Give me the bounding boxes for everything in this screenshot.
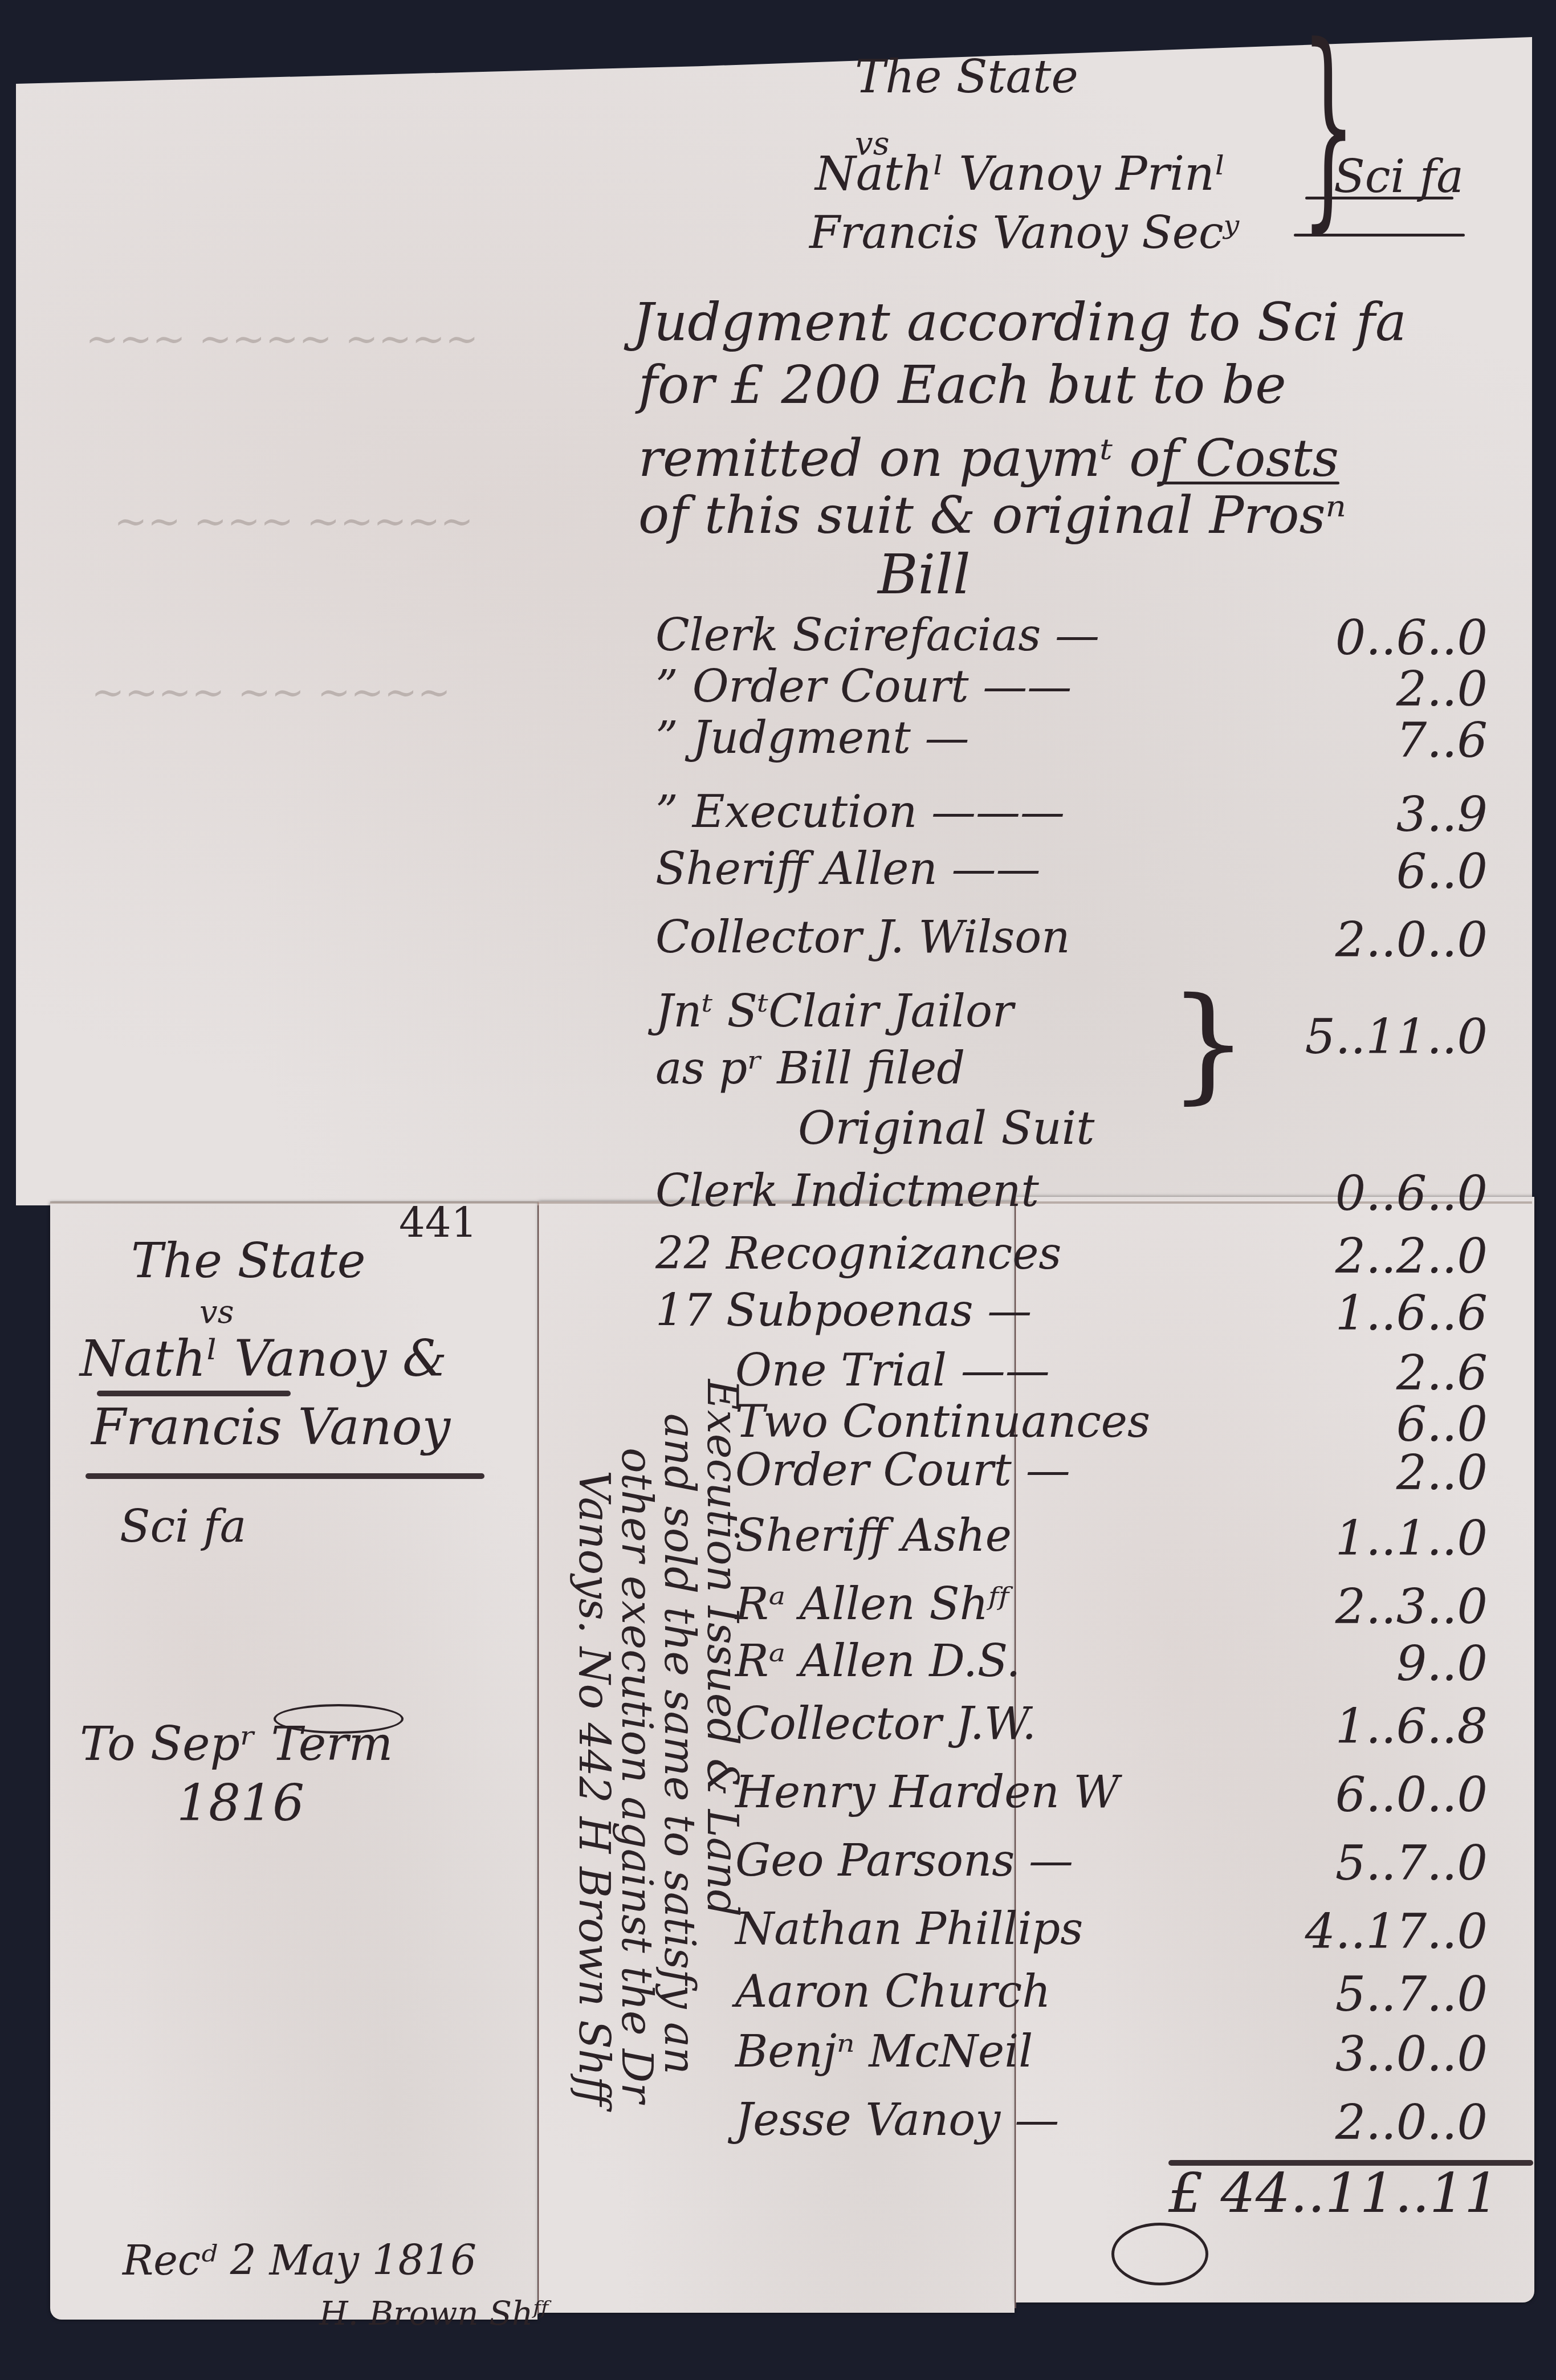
- bill-row: Benjⁿ McNeil 3..0..0: [655, 2026, 1510, 2089]
- bill-row: Collector J. Wilson 2..0..0: [655, 912, 1510, 975]
- bill-item-desc: Geo Parsons —: [735, 1835, 1073, 1886]
- bill-item-amount: 4..17..0: [1305, 1904, 1488, 1959]
- docket-term-line-2: 1816: [177, 1778, 304, 1828]
- bill-item-desc: Henry Harden W: [735, 1767, 1119, 1818]
- judgment-line-4: of this suit & original Prosⁿ: [638, 490, 1346, 541]
- bill-item-desc: Rᵃ Allen D.S.: [735, 1636, 1020, 1687]
- bill-item-amount: 2..0..0: [1335, 2094, 1488, 2150]
- bill-heading: Bill: [878, 547, 971, 602]
- bill-item-desc: Clerk Indictment: [655, 1165, 1039, 1217]
- bill-row: Sheriff Allen —— 6..0: [655, 843, 1510, 906]
- caption-plaintiff: The State: [855, 54, 1078, 100]
- bill-item-amount: 9..0: [1396, 1636, 1488, 1692]
- bill-item-desc: Collector J. Wilson: [655, 912, 1070, 963]
- writ-underline: [1305, 197, 1453, 199]
- bill-item-amount: 6..0: [1396, 843, 1488, 899]
- bill-item-amount: 7..6: [1396, 712, 1488, 768]
- bill-row: Nathan Phillips 4..17..0: [655, 1904, 1510, 1966]
- bill-row: Order Court — 2..0: [655, 1445, 1510, 1507]
- bill-item-amount: 2..3..0: [1335, 1579, 1488, 1635]
- docket-received: Recᵈ 2 May 1816: [123, 2240, 476, 2281]
- bill-item-amount: 2..0: [1396, 661, 1488, 717]
- bill-row: Collector J.W. 1..6..8: [655, 1698, 1510, 1761]
- docket-plaintiff: The State: [131, 1237, 365, 1285]
- bill-row: 22 Recognizances 2..2..0: [655, 1228, 1510, 1291]
- bill-item-desc: ” Order Court ——: [655, 661, 1072, 712]
- bill-row: ” Execution ——— 3..9: [655, 786, 1510, 849]
- bill-item-amount: 6..0: [1396, 1396, 1488, 1452]
- bill-item-desc: 22 Recognizances: [655, 1228, 1061, 1279]
- caption-writ: Sci fa: [1334, 154, 1464, 199]
- bill-item-desc: Jnᵗ SᵗClair Jailor: [655, 986, 1013, 1037]
- writ-underline-lower: [1294, 234, 1465, 237]
- vertical-note-line-4: Vanoys. No 442 H Brown Shff: [569, 1470, 618, 2106]
- bill-row: Rᵃ Allen Shᶠᶠ 2..3..0: [655, 1579, 1510, 1641]
- judgment-line-3: remitted on paymᵗ of Costs: [638, 433, 1339, 484]
- docket-defendant-2: Francis Vanoy: [91, 1402, 450, 1452]
- judgment-line-1: Judgment according to Sci fa: [633, 296, 1407, 349]
- bill-item-amount: 5..7..0: [1335, 1835, 1488, 1891]
- bill-item-amount: 1..1..0: [1335, 1510, 1488, 1566]
- bill-item-desc: Sheriff Ashe: [735, 1510, 1012, 1562]
- bill-item-desc: 17 Subpoenas —: [655, 1285, 1032, 1336]
- prosecution-underline: [1157, 482, 1339, 484]
- bill-item-amount: 0..6..0: [1335, 610, 1488, 666]
- caption-defendant-principal: Nathˡ Vanoy Prinˡ: [815, 151, 1226, 198]
- bleed-through-text: ~~~ ~~~~ ~~~~: [85, 319, 479, 359]
- docket-versus: vs: [199, 1297, 234, 1328]
- vertical-note-line-1: Execution Issued & Land: [698, 1379, 747, 1917]
- bill-item-amount: 3..9: [1396, 786, 1488, 842]
- bill-item-amount: 5..7..0: [1335, 1966, 1488, 2022]
- bill-row: Clerk Indictment 0..6..0: [655, 1165, 1510, 1228]
- docket-signature: H. Brown Shᶠᶠ: [319, 2297, 548, 2330]
- bill-row: 17 Subpoenas — 1..6..6: [655, 1285, 1510, 1348]
- docket-writ: Sci fa: [120, 1505, 246, 1549]
- defendant-underline: [97, 1391, 291, 1396]
- bill-item-desc: Order Court —: [735, 1445, 1070, 1496]
- vertical-note-line-3: other execution against the Dr: [612, 1448, 661, 2103]
- bill-item-desc: Clerk Scirefacias —: [655, 610, 1099, 661]
- bleed-through-text: ~~ ~~~ ~~~~~: [114, 502, 474, 541]
- vertical-fold-left: [537, 1203, 539, 2314]
- jailor-brace: }: [1168, 980, 1248, 1106]
- bill-item-amount: 1..6..8: [1335, 1698, 1488, 1754]
- bill-item-desc: Aaron Church: [735, 1966, 1050, 2018]
- bill-item-amount: 6..0..0: [1335, 1767, 1488, 1823]
- bill-row: Sheriff Ashe 1..1..0: [655, 1510, 1510, 1573]
- bill-item-amount: 3..0..0: [1335, 2026, 1488, 2082]
- defendant-2-underline: [85, 1473, 484, 1479]
- bill-row: Jnᵗ SᵗClair Jailor 5..11..0: [655, 986, 1510, 1049]
- bleed-through-text: ~~~~ ~~ ~~~~: [91, 673, 451, 712]
- bill-item-amount: 2..2..0: [1335, 1228, 1488, 1284]
- docket-defendant-1: Nathˡ Vanoy &: [80, 1334, 447, 1384]
- bill-item-desc: Two Continuances: [735, 1396, 1150, 1448]
- bill-row: ” Judgment — 7..6: [655, 712, 1510, 775]
- bill-item-desc: ” Execution ———: [655, 786, 1065, 838]
- caption-defendant-security: Francis Vanoy Secʸ: [809, 211, 1239, 255]
- bill-item-amount: 1..6..6: [1335, 1285, 1488, 1341]
- bill-item-amount: 2..0..0: [1335, 912, 1488, 968]
- bill-item-desc: ” Judgment —: [655, 712, 970, 764]
- bill-item-desc: Benjⁿ McNeil: [735, 2026, 1033, 2077]
- judgment-line-2: for £ 200 Each but to be: [638, 359, 1286, 411]
- original-suit-heading: Original Suit: [798, 1106, 1095, 1151]
- bill-item-desc: Jesse Vanoy —: [735, 2094, 1059, 2146]
- pound-sign-flourish: [1111, 2223, 1208, 2285]
- bill-row: Rᵃ Allen D.S. 9..0: [655, 1636, 1510, 1698]
- bill-item-desc: One Trial ——: [735, 1345, 1050, 1396]
- term-flourish: [274, 1704, 404, 1734]
- bill-item-amount: 2..6: [1396, 1345, 1488, 1401]
- bill-item-desc: Nathan Phillips: [735, 1904, 1083, 1955]
- bill-item-amount: 0..6..0: [1335, 1165, 1488, 1221]
- bill-row: Jesse Vanoy — 2..0..0: [655, 2094, 1510, 2157]
- bill-row: as pʳ Bill filed: [655, 1043, 1510, 1106]
- bill-total: £ 44..11..11: [1168, 2166, 1499, 2220]
- bill-row: Geo Parsons — 5..7..0: [655, 1835, 1510, 1898]
- bill-row: Aaron Church 5..7..0: [655, 1966, 1510, 2029]
- bill-item-desc: Collector J.W.: [735, 1698, 1036, 1750]
- bill-item-desc: Sheriff Allen ——: [655, 843, 1041, 895]
- bill-item-desc: as pʳ Bill filed: [655, 1043, 965, 1094]
- bill-item-amount: 2..0: [1396, 1445, 1488, 1501]
- bill-item-desc: Rᵃ Allen Shᶠᶠ: [735, 1579, 1009, 1630]
- bill-row: Henry Harden W 6..0..0: [655, 1767, 1510, 1829]
- vertical-note-line-2: and sold the same to satisfy an: [655, 1413, 704, 2075]
- docket-number: 441: [399, 1203, 477, 1244]
